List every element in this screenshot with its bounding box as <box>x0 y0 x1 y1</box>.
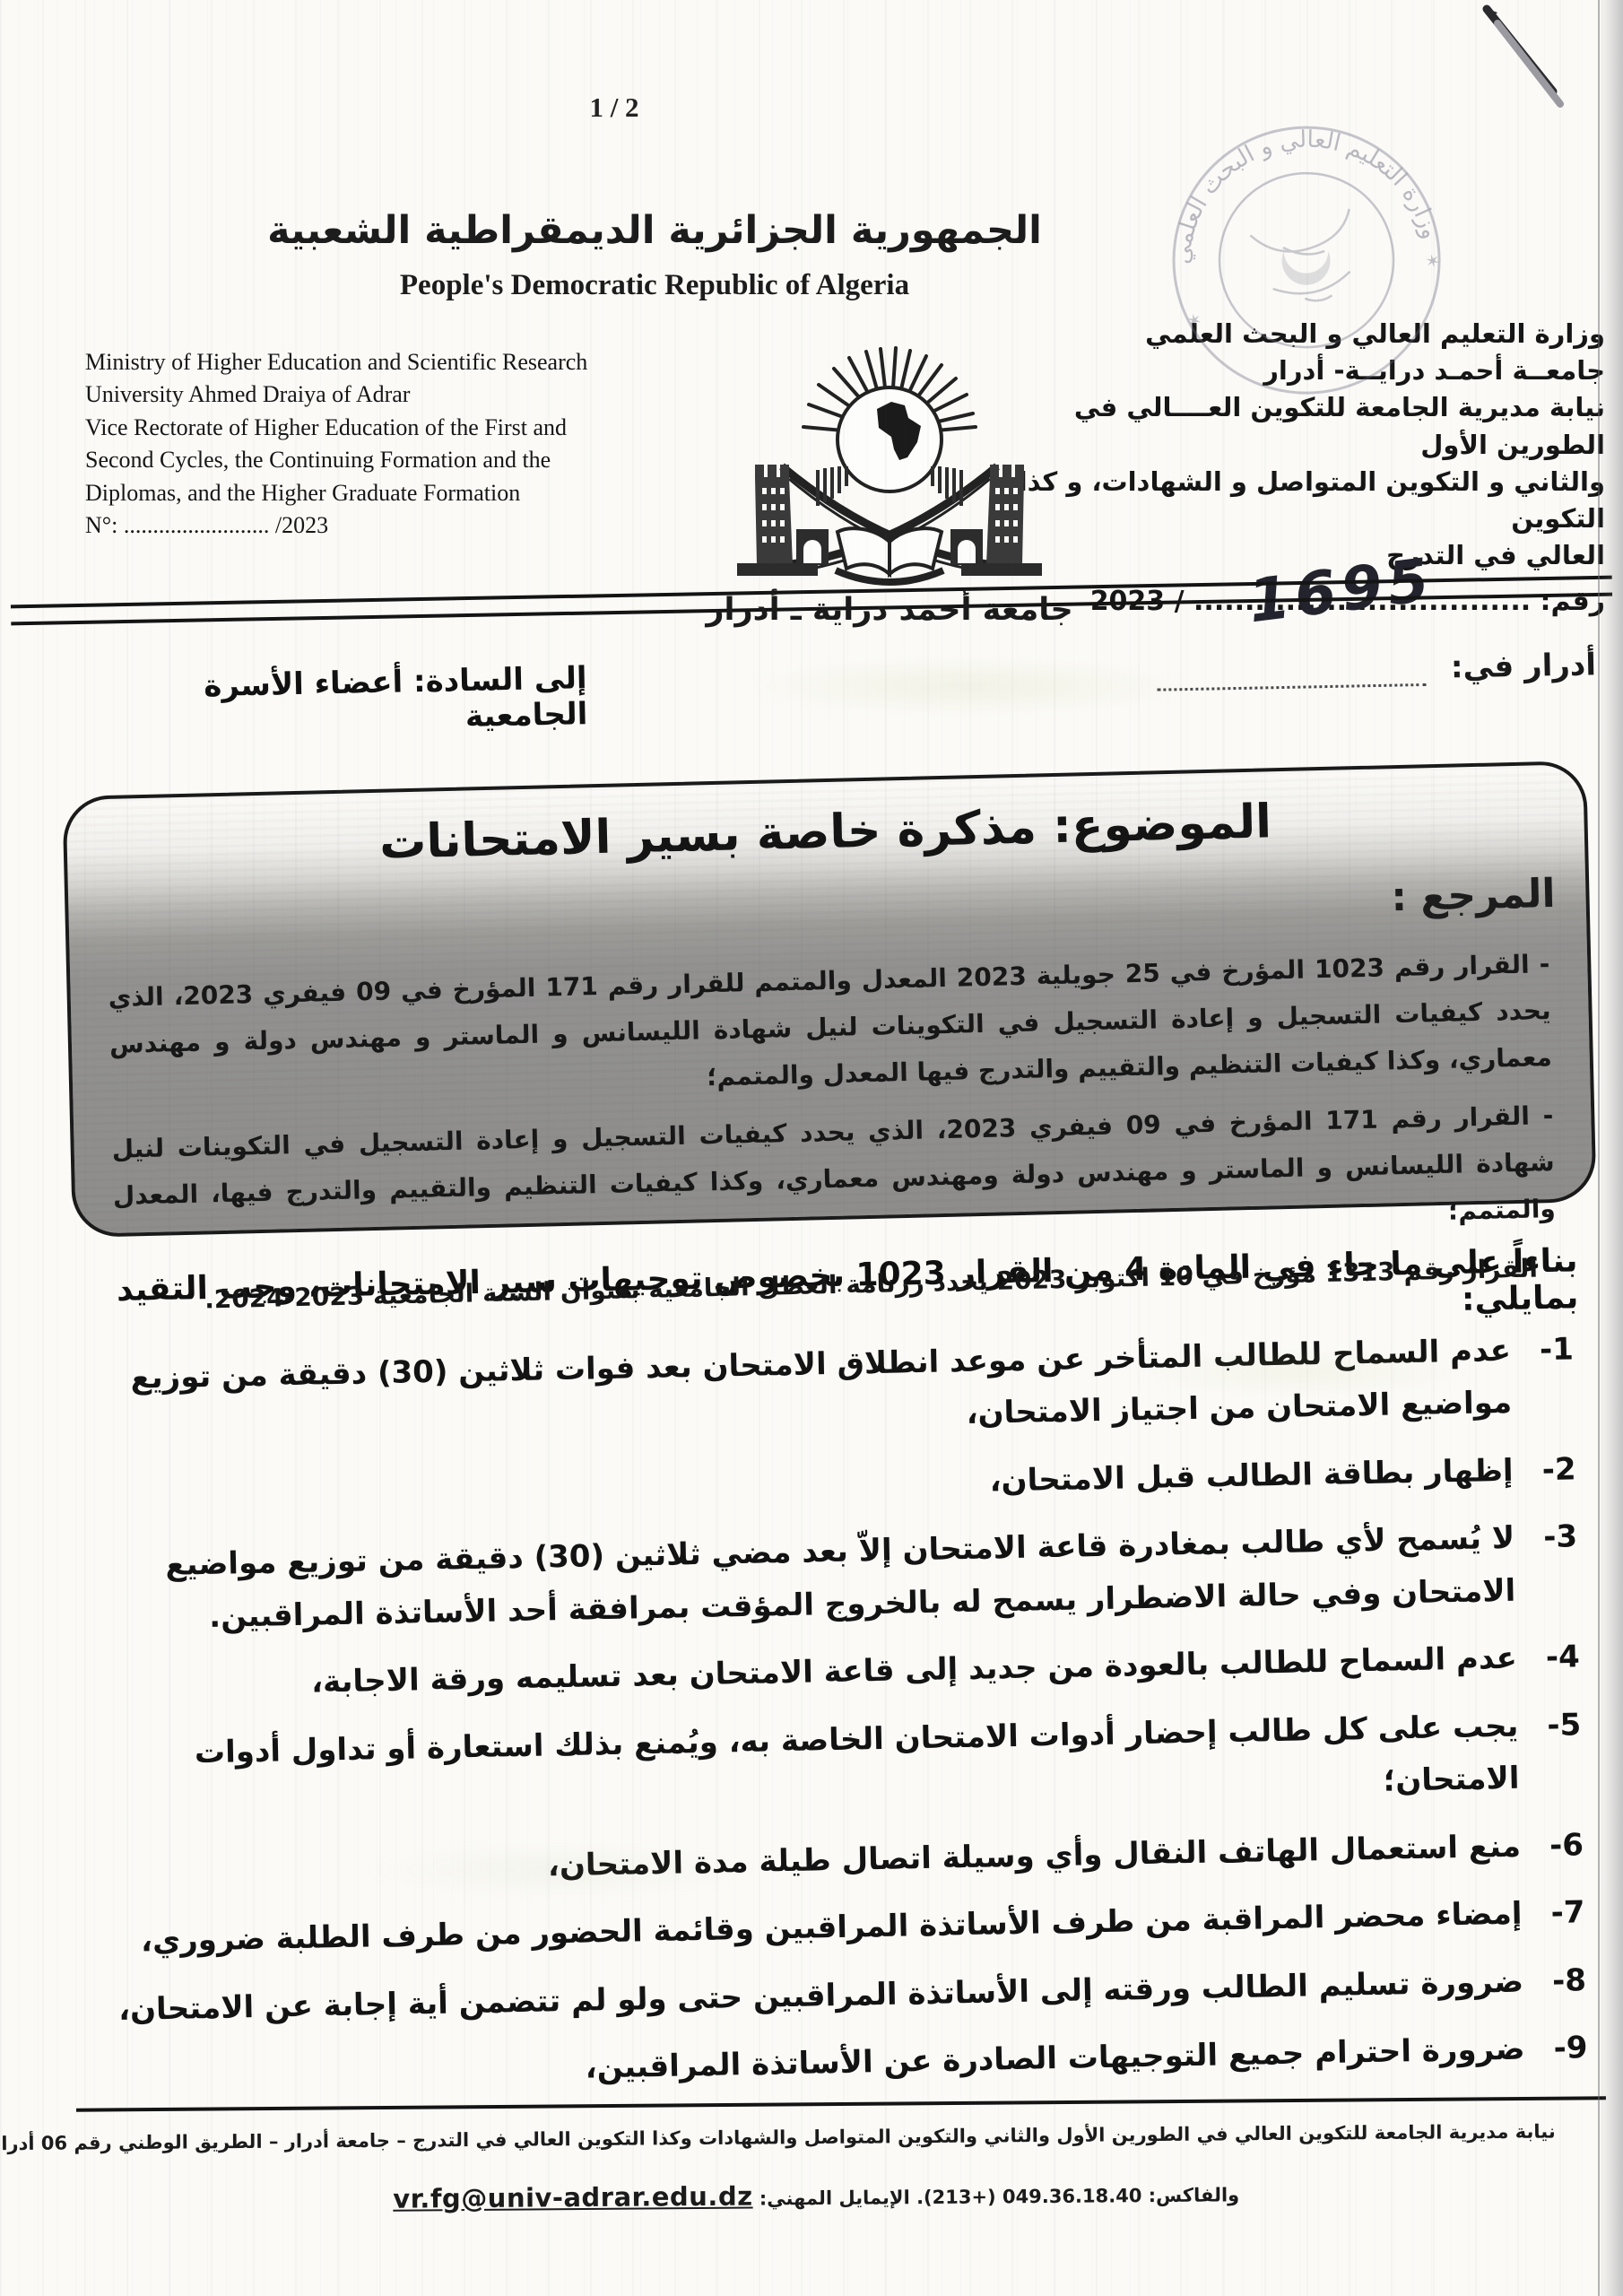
header-english-line: Second Cycles, the Continuing Formation … <box>85 444 722 476</box>
footer-contact-line: والفاكس: 049.36.18.40 (+213). الإيمايل ا… <box>76 2156 1557 2235</box>
reference-item: - القرار رقم 171 المؤرخ في 09 فيفري 2023… <box>111 1092 1556 1265</box>
rules-list: 1-عدم السماح للطالب المتأخر عن موعد انطل… <box>78 1323 1589 2119</box>
subject-reference-box: الموضوع: مذكرة خاصة بسير الامتحانات المر… <box>62 761 1596 1238</box>
republic-title-english: People's Democratic Republic of Algeria <box>0 269 1309 302</box>
list-item: 6-منع استعمال الهاتف النقال وأي وسيلة ات… <box>88 1819 1584 1901</box>
date-line: أدرار في: <box>968 647 1597 694</box>
reference-label: المرجع : <box>1391 871 1556 920</box>
subject-title: الموضوع: مذكرة خاصة بسير الامتحانات <box>66 787 1584 877</box>
svg-text:✶: ✶ <box>1185 309 1204 333</box>
addressee-line: إلى السادة: أعضاء الأسرة الجامعية <box>84 660 588 743</box>
header-english-line: Ministry of Higher Education and Scienti… <box>85 346 722 378</box>
list-item: 7-إمضاء محضر المراقبة من طرف الأساتذة ال… <box>89 1886 1585 1969</box>
list-item: 3-لا يُسمح لأي طالب بمغادرة قاعة الامتحا… <box>82 1511 1579 1646</box>
university-logo: جامعة أحمد دراية ـ أدرار <box>701 334 1078 628</box>
header-english-line: University Ahmed Draiya of Adrar <box>85 378 722 411</box>
list-item: 2-إظهار بطاقة الطالب قبل الامتحان، <box>80 1443 1576 1526</box>
date-label: أدرار في: <box>1451 647 1597 685</box>
header-english-line: Vice Rectorate of Higher Education of th… <box>85 412 722 444</box>
list-item: 9-ضرورة احترام جميع التوجيهات الصادرة عن… <box>91 2022 1588 2104</box>
list-item: 8-ضرورة تسليم الطالب ورقته إلى الأساتذة … <box>91 1954 1587 2037</box>
reference-item: - القرار رقم 1023 المؤرخ في 25 جويلية 20… <box>108 941 1552 1114</box>
reference-list: - القرار رقم 1023 المؤرخ في 25 جويلية 20… <box>108 941 1558 1337</box>
document-number-english: N°: ......................... /2023 <box>85 509 722 542</box>
page-number: 1 / 2 <box>0 91 1228 124</box>
footer-email: vr.fg@univ-adrar.edu.dz <box>393 2180 753 2213</box>
footer-block: نيابة مديرية الجامعة للتكوين العالي في ا… <box>76 2108 1557 2236</box>
date-dotted-blank <box>1157 653 1427 691</box>
republic-title-arabic: الجمهورية الجزائرية الديمقراطية الشعبية <box>0 208 1309 253</box>
footer-phone-label: والفاكس: 049.36.18.40 (+213). الإيمايل ا… <box>752 2184 1239 2209</box>
header-english-line: Diplomas, and the Higher Graduate Format… <box>85 477 722 509</box>
list-item: 5-يجب على كل طالب إحضار أدوات الامتحان ا… <box>85 1699 1583 1833</box>
scanned-document-page: 1 / 2 وزارة التعليم العالي و البحث العلم… <box>0 0 1623 2296</box>
pen-mark <box>1471 4 1578 124</box>
header-english-block: Ministry of Higher Education and Scienti… <box>85 346 722 542</box>
logo-caption: جامعة أحمد دراية ـ أدرار <box>701 592 1078 628</box>
list-item: 1-عدم السماح للطالب المتأخر عن موعد انطل… <box>78 1323 1575 1457</box>
list-item: 4-عدم السماح للطالب بالعودة من جديد إلى … <box>83 1631 1580 1714</box>
